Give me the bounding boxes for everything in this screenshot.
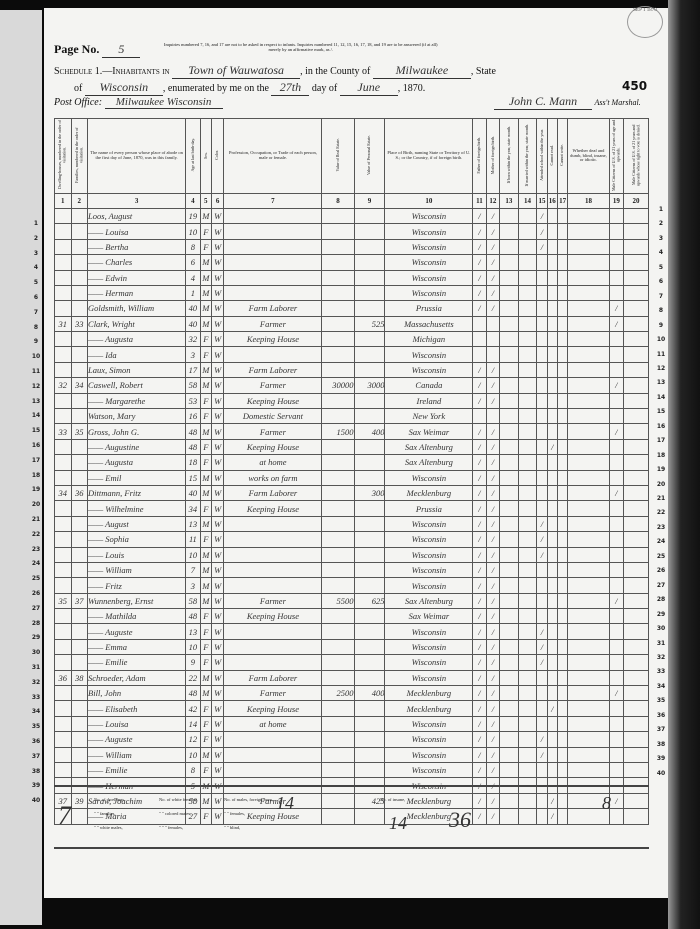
census-row: —— Mathilda48FWKeeping HouseSax Weimar// bbox=[55, 609, 649, 624]
cell-dwelling bbox=[55, 639, 72, 654]
cell-color: W bbox=[211, 455, 223, 470]
cell-m: / bbox=[486, 224, 499, 239]
cell-cannotread bbox=[547, 424, 557, 439]
cell-color: W bbox=[211, 670, 223, 685]
cell-18 bbox=[568, 424, 609, 439]
cell-citizen: / bbox=[609, 686, 623, 701]
column-header-18: Whether deaf and dumb, blind, insane, or… bbox=[568, 119, 609, 194]
line-number: 12 bbox=[656, 365, 666, 372]
cell-age: 58 bbox=[186, 378, 200, 393]
cell-name: —— Augustine bbox=[88, 439, 186, 454]
line-number: 3 bbox=[656, 235, 666, 242]
cell-17 bbox=[557, 639, 567, 654]
cell-age: 40 bbox=[186, 485, 200, 500]
cell-school bbox=[537, 455, 547, 470]
census-row: —— Bertha8FWWisconsin/// bbox=[55, 239, 649, 254]
line-number: 36 bbox=[656, 712, 666, 719]
post-office-line: Post Office: Milwaukee Wisconsin bbox=[54, 96, 223, 109]
census-page: SEP 1 1870 Page No. 5 Inquiries numbered… bbox=[44, 8, 668, 898]
cell-dwelling bbox=[55, 208, 72, 223]
cell-dwelling: 35 bbox=[55, 593, 72, 608]
cell-18 bbox=[568, 639, 609, 654]
cell-real: 1500 bbox=[322, 424, 354, 439]
cell-school: / bbox=[537, 639, 547, 654]
cell-family: 33 bbox=[71, 316, 88, 331]
column-number: 17 bbox=[557, 193, 567, 208]
census-row: —— Wilhelmine34FWKeeping HousePrussia// bbox=[55, 501, 649, 516]
white-males-label: " " white males, bbox=[94, 825, 123, 830]
cell-dwelling bbox=[55, 516, 72, 531]
cell-13 bbox=[500, 409, 519, 424]
cell-birthplace: Wisconsin bbox=[385, 747, 473, 762]
column-header-7: Profession, Occupation, or Trade of each… bbox=[224, 119, 322, 194]
cell-real bbox=[322, 239, 354, 254]
cell-f: / bbox=[473, 747, 486, 762]
cell-f: / bbox=[473, 224, 486, 239]
cell-m bbox=[486, 316, 499, 331]
cell-14 bbox=[518, 655, 537, 670]
cell-real bbox=[322, 701, 354, 716]
cell-name: —— Louisa bbox=[88, 716, 186, 731]
cell-14 bbox=[518, 362, 537, 377]
cell-f: / bbox=[473, 424, 486, 439]
cell-sex: F bbox=[200, 239, 211, 254]
cell-color: W bbox=[211, 516, 223, 531]
parentage-tally: 36 bbox=[449, 807, 471, 833]
cell-dwelling bbox=[55, 285, 72, 300]
cell-17 bbox=[557, 255, 567, 270]
cell-citizen bbox=[609, 716, 623, 731]
cell-sex: F bbox=[200, 763, 211, 778]
cell-dwelling bbox=[55, 301, 72, 316]
cell-birthplace: Wisconsin bbox=[385, 655, 473, 670]
column-header-text: The name of every person whose place of … bbox=[90, 150, 183, 160]
cell-cannotread bbox=[547, 609, 557, 624]
cell-f: / bbox=[473, 393, 486, 408]
cell-name: —— Charles bbox=[88, 255, 186, 270]
cell-m: / bbox=[486, 301, 499, 316]
cell-family bbox=[71, 501, 88, 516]
cell-m: / bbox=[486, 455, 499, 470]
cell-m: / bbox=[486, 239, 499, 254]
cell-13 bbox=[500, 547, 519, 562]
cell-citizen bbox=[609, 332, 623, 347]
prev-line-number: 31 bbox=[30, 664, 42, 671]
cell-personal bbox=[354, 224, 385, 239]
cell-birthplace: Wisconsin bbox=[385, 578, 473, 593]
cell-13 bbox=[500, 686, 519, 701]
cell-18 bbox=[568, 670, 609, 685]
cell-personal bbox=[354, 439, 385, 454]
cell-13 bbox=[500, 270, 519, 285]
cell-dwelling: 36 bbox=[55, 670, 72, 685]
cell-citizen bbox=[609, 516, 623, 531]
prev-line-number: 4 bbox=[30, 264, 42, 271]
line-number: 39 bbox=[656, 755, 666, 762]
cell-age: 48 bbox=[186, 609, 200, 624]
cell-family bbox=[71, 270, 88, 285]
cell-name: Wunnenberg, Ernst bbox=[88, 593, 186, 608]
cell-occupation: Farmer bbox=[224, 686, 322, 701]
cell-personal bbox=[354, 270, 385, 285]
column-header-text: Color. bbox=[215, 150, 219, 160]
cell-cannotread bbox=[547, 763, 557, 778]
census-row: Loos, August19MWWisconsin/// bbox=[55, 208, 649, 223]
cell-citizen bbox=[609, 609, 623, 624]
cell-occupation bbox=[224, 578, 322, 593]
cell-sex: F bbox=[200, 624, 211, 639]
cell-birthplace: Wisconsin bbox=[385, 716, 473, 731]
cell-age: 8 bbox=[186, 239, 200, 254]
cell-14 bbox=[518, 670, 537, 685]
cell-personal bbox=[354, 455, 385, 470]
census-row: —— Elisabeth42FWKeeping HouseMecklenburg… bbox=[55, 701, 649, 716]
cell-dwelling bbox=[55, 347, 72, 362]
column-header-text: Male Citizens of U.S. of 21 years of age… bbox=[612, 119, 621, 191]
cell-name: —— Fritz bbox=[88, 578, 186, 593]
cell-age: 40 bbox=[186, 301, 200, 316]
column-number: 18 bbox=[568, 193, 609, 208]
cell-20 bbox=[624, 485, 649, 500]
cell-name: —— Augusta bbox=[88, 332, 186, 347]
cell-18 bbox=[568, 255, 609, 270]
column-header-text: Value of Real Estate. bbox=[336, 138, 340, 172]
cell-14 bbox=[518, 562, 537, 577]
cell-13 bbox=[500, 593, 519, 608]
cell-occupation: Farmer bbox=[224, 593, 322, 608]
cell-13 bbox=[500, 701, 519, 716]
cell-18 bbox=[568, 316, 609, 331]
cell-color: W bbox=[211, 593, 223, 608]
cell-18 bbox=[568, 578, 609, 593]
cell-name: —— Louisa bbox=[88, 224, 186, 239]
cell-20 bbox=[624, 362, 649, 377]
cell-cannotread bbox=[547, 501, 557, 516]
cell-citizen bbox=[609, 285, 623, 300]
cell-occupation bbox=[224, 208, 322, 223]
cell-18 bbox=[568, 532, 609, 547]
column-number: 16 bbox=[547, 193, 557, 208]
cell-age: 8 bbox=[186, 763, 200, 778]
cell-occupation bbox=[224, 547, 322, 562]
cell-18 bbox=[568, 701, 609, 716]
line-number: 26 bbox=[656, 567, 666, 574]
cell-cannotread bbox=[547, 747, 557, 762]
cell-occupation: at home bbox=[224, 716, 322, 731]
cell-cannotread bbox=[547, 270, 557, 285]
cell-dwelling bbox=[55, 270, 72, 285]
cell-birthplace: Ireland bbox=[385, 393, 473, 408]
cell-birthplace: Wisconsin bbox=[385, 562, 473, 577]
line-number: 1 bbox=[656, 206, 666, 213]
prev-line-number: 35 bbox=[30, 723, 42, 730]
cell-real bbox=[322, 316, 354, 331]
cell-f: / bbox=[473, 270, 486, 285]
cell-sex: F bbox=[200, 532, 211, 547]
cell-occupation bbox=[224, 747, 322, 762]
cell-17 bbox=[557, 208, 567, 223]
line-number: 17 bbox=[656, 437, 666, 444]
cell-occupation bbox=[224, 624, 322, 639]
cell-dwelling: 31 bbox=[55, 316, 72, 331]
line-number: 34 bbox=[656, 683, 666, 690]
column-header-text: Value of Personal Estate. bbox=[367, 135, 371, 175]
cell-sex: M bbox=[200, 285, 211, 300]
cell-20 bbox=[624, 347, 649, 362]
cell-17 bbox=[557, 501, 567, 516]
cell-personal bbox=[354, 393, 385, 408]
cell-17 bbox=[557, 378, 567, 393]
cell-school bbox=[537, 439, 547, 454]
cell-cannotread bbox=[547, 485, 557, 500]
cell-age: 11 bbox=[186, 532, 200, 547]
census-row: —— Emma10FWWisconsin/// bbox=[55, 639, 649, 654]
cell-real: 2500 bbox=[322, 686, 354, 701]
cell-age: 17 bbox=[186, 362, 200, 377]
cell-birthplace: Canada bbox=[385, 378, 473, 393]
cell-cannotread bbox=[547, 686, 557, 701]
cell-school: / bbox=[537, 239, 547, 254]
cell-color: W bbox=[211, 424, 223, 439]
cell-13 bbox=[500, 655, 519, 670]
column-number: 14 bbox=[518, 193, 537, 208]
cell-cannotread bbox=[547, 532, 557, 547]
cell-f bbox=[473, 347, 486, 362]
cell-17 bbox=[557, 609, 567, 624]
column-header-3: The name of every person whose place of … bbox=[88, 119, 186, 194]
page-summary: 7 No. of dwellings, No. of white females… bbox=[54, 785, 649, 849]
cell-occupation bbox=[224, 532, 322, 547]
cell-age: 6 bbox=[186, 255, 200, 270]
cell-citizen bbox=[609, 501, 623, 516]
cell-birthplace: Sax Weimar bbox=[385, 609, 473, 624]
cell-personal: 400 bbox=[354, 424, 385, 439]
cell-personal bbox=[354, 301, 385, 316]
cell-name: Gross, John G. bbox=[88, 424, 186, 439]
cell-name: —— Emil bbox=[88, 470, 186, 485]
cell-school: / bbox=[537, 547, 547, 562]
cell-school bbox=[537, 763, 547, 778]
cell-occupation: works on farm bbox=[224, 470, 322, 485]
cell-18 bbox=[568, 732, 609, 747]
cell-age: 18 bbox=[186, 455, 200, 470]
cell-cannotread bbox=[547, 470, 557, 485]
cell-sex: M bbox=[200, 301, 211, 316]
cell-13 bbox=[500, 301, 519, 316]
cell-occupation: Farmer bbox=[224, 378, 322, 393]
cell-birthplace: Wisconsin bbox=[385, 763, 473, 778]
cell-school bbox=[537, 332, 547, 347]
cell-citizen bbox=[609, 347, 623, 362]
cell-13 bbox=[500, 485, 519, 500]
cell-20 bbox=[624, 424, 649, 439]
year: , 1870. bbox=[398, 83, 426, 94]
cell-color: W bbox=[211, 624, 223, 639]
cell-f: / bbox=[473, 624, 486, 639]
cell-dwelling bbox=[55, 686, 72, 701]
cell-cannotread bbox=[547, 316, 557, 331]
cell-birthplace: Sax Altenburg bbox=[385, 439, 473, 454]
cell-17 bbox=[557, 701, 567, 716]
cell-personal bbox=[354, 208, 385, 223]
cell-personal bbox=[354, 516, 385, 531]
cell-cannotread bbox=[547, 285, 557, 300]
cell-17 bbox=[557, 562, 567, 577]
cell-color: W bbox=[211, 701, 223, 716]
cell-17 bbox=[557, 485, 567, 500]
cell-13 bbox=[500, 578, 519, 593]
cell-13 bbox=[500, 732, 519, 747]
cell-sex: M bbox=[200, 470, 211, 485]
cell-family bbox=[71, 255, 88, 270]
cell-20 bbox=[624, 516, 649, 531]
cell-real bbox=[322, 285, 354, 300]
cell-school: / bbox=[537, 624, 547, 639]
cell-name: —— Emilie bbox=[88, 655, 186, 670]
cell-dwelling bbox=[55, 578, 72, 593]
cell-age: 9 bbox=[186, 655, 200, 670]
cell-sex: F bbox=[200, 393, 211, 408]
column-header-16: Cannot read. bbox=[547, 119, 557, 194]
cell-dwelling bbox=[55, 332, 72, 347]
cell-f: / bbox=[473, 701, 486, 716]
cell-name: —— Mathilda bbox=[88, 609, 186, 624]
cell-birthplace: Massachusetts bbox=[385, 316, 473, 331]
cell-age: 58 bbox=[186, 593, 200, 608]
cell-14 bbox=[518, 316, 537, 331]
cell-family bbox=[71, 686, 88, 701]
cell-family bbox=[71, 701, 88, 716]
cell-13 bbox=[500, 455, 519, 470]
census-row: —— Emilie8FWWisconsin// bbox=[55, 763, 649, 778]
cell-citizen bbox=[609, 578, 623, 593]
state-field: Wisconsin bbox=[85, 80, 163, 96]
cell-personal bbox=[354, 670, 385, 685]
cell-birthplace: Wisconsin bbox=[385, 470, 473, 485]
cell-sex: M bbox=[200, 424, 211, 439]
cell-sex: M bbox=[200, 747, 211, 762]
cell-real bbox=[322, 547, 354, 562]
cell-14 bbox=[518, 701, 537, 716]
cell-m: / bbox=[486, 655, 499, 670]
cell-20 bbox=[624, 378, 649, 393]
cell-m: / bbox=[486, 639, 499, 654]
cell-dwelling bbox=[55, 609, 72, 624]
cell-birthplace: Prussia bbox=[385, 301, 473, 316]
cell-citizen bbox=[609, 470, 623, 485]
cell-age: 1 bbox=[186, 285, 200, 300]
cell-m: / bbox=[486, 532, 499, 547]
line-number: 11 bbox=[656, 351, 666, 358]
cell-family bbox=[71, 393, 88, 408]
cell-dwelling bbox=[55, 362, 72, 377]
cell-sex: F bbox=[200, 332, 211, 347]
cell-m: / bbox=[486, 393, 499, 408]
cell-school: / bbox=[537, 532, 547, 547]
line-number: 32 bbox=[656, 654, 666, 661]
cell-14 bbox=[518, 285, 537, 300]
line-number: 19 bbox=[656, 466, 666, 473]
cell-sex: M bbox=[200, 362, 211, 377]
column-header-text: Cannot read. bbox=[550, 145, 554, 165]
cell-f: / bbox=[473, 547, 486, 562]
cell-color: W bbox=[211, 655, 223, 670]
cell-14 bbox=[518, 747, 537, 762]
cell-school bbox=[537, 424, 547, 439]
cell-birthplace: Mecklenburg bbox=[385, 701, 473, 716]
cell-birthplace: Wisconsin bbox=[385, 362, 473, 377]
cell-birthplace: Wisconsin bbox=[385, 516, 473, 531]
cell-real bbox=[322, 747, 354, 762]
cell-personal bbox=[354, 362, 385, 377]
line-number: 13 bbox=[656, 379, 666, 386]
cell-real bbox=[322, 409, 354, 424]
cell-citizen bbox=[609, 239, 623, 254]
cell-real bbox=[322, 532, 354, 547]
cell-sex: F bbox=[200, 732, 211, 747]
cell-17 bbox=[557, 547, 567, 562]
foreign-born-tally: 14 bbox=[276, 793, 294, 814]
cell-14 bbox=[518, 239, 537, 254]
cell-occupation: Farm Laborer bbox=[224, 670, 322, 685]
cell-18 bbox=[568, 393, 609, 408]
cell-cannotread bbox=[547, 655, 557, 670]
cell-real bbox=[322, 224, 354, 239]
cell-13 bbox=[500, 532, 519, 547]
column-header-text: If born within the year, state month. bbox=[507, 126, 511, 183]
cell-13 bbox=[500, 609, 519, 624]
cell-age: 3 bbox=[186, 347, 200, 362]
cell-f: / bbox=[473, 208, 486, 223]
cell-14 bbox=[518, 547, 537, 562]
line-number: 9 bbox=[656, 322, 666, 329]
cell-cannotread bbox=[547, 562, 557, 577]
cell-age: 48 bbox=[186, 424, 200, 439]
left-mark: 7 bbox=[58, 801, 71, 831]
prev-line-number: 21 bbox=[30, 516, 42, 523]
column-header-text: Sex. bbox=[204, 152, 208, 159]
column-number: 3 bbox=[88, 193, 186, 208]
cell-m: / bbox=[486, 285, 499, 300]
cell-18 bbox=[568, 285, 609, 300]
cell-sex: M bbox=[200, 208, 211, 223]
prev-line-number: 14 bbox=[30, 412, 42, 419]
cell-name: —— Sophia bbox=[88, 532, 186, 547]
cell-age: 13 bbox=[186, 624, 200, 639]
cell-14 bbox=[518, 516, 537, 531]
cell-14 bbox=[518, 439, 537, 454]
prev-line-number: 19 bbox=[30, 486, 42, 493]
cell-age: 16 bbox=[186, 409, 200, 424]
column-header-text: If married within the year, state month. bbox=[525, 124, 529, 187]
census-row: —— Fritz3MWWisconsin// bbox=[55, 578, 649, 593]
cell-m: / bbox=[486, 593, 499, 608]
cell-sex: F bbox=[200, 347, 211, 362]
cell-age: 48 bbox=[186, 686, 200, 701]
prev-line-number: 36 bbox=[30, 738, 42, 745]
cell-cannotread bbox=[547, 670, 557, 685]
cell-citizen bbox=[609, 270, 623, 285]
cell-color: W bbox=[211, 332, 223, 347]
cell-17 bbox=[557, 301, 567, 316]
cell-13 bbox=[500, 285, 519, 300]
cell-birthplace: Wisconsin bbox=[385, 224, 473, 239]
cell-14 bbox=[518, 347, 537, 362]
cell-17 bbox=[557, 362, 567, 377]
cell-name: —— Ida bbox=[88, 347, 186, 362]
cell-m: / bbox=[486, 501, 499, 516]
stamp-number: 450 bbox=[622, 79, 647, 93]
